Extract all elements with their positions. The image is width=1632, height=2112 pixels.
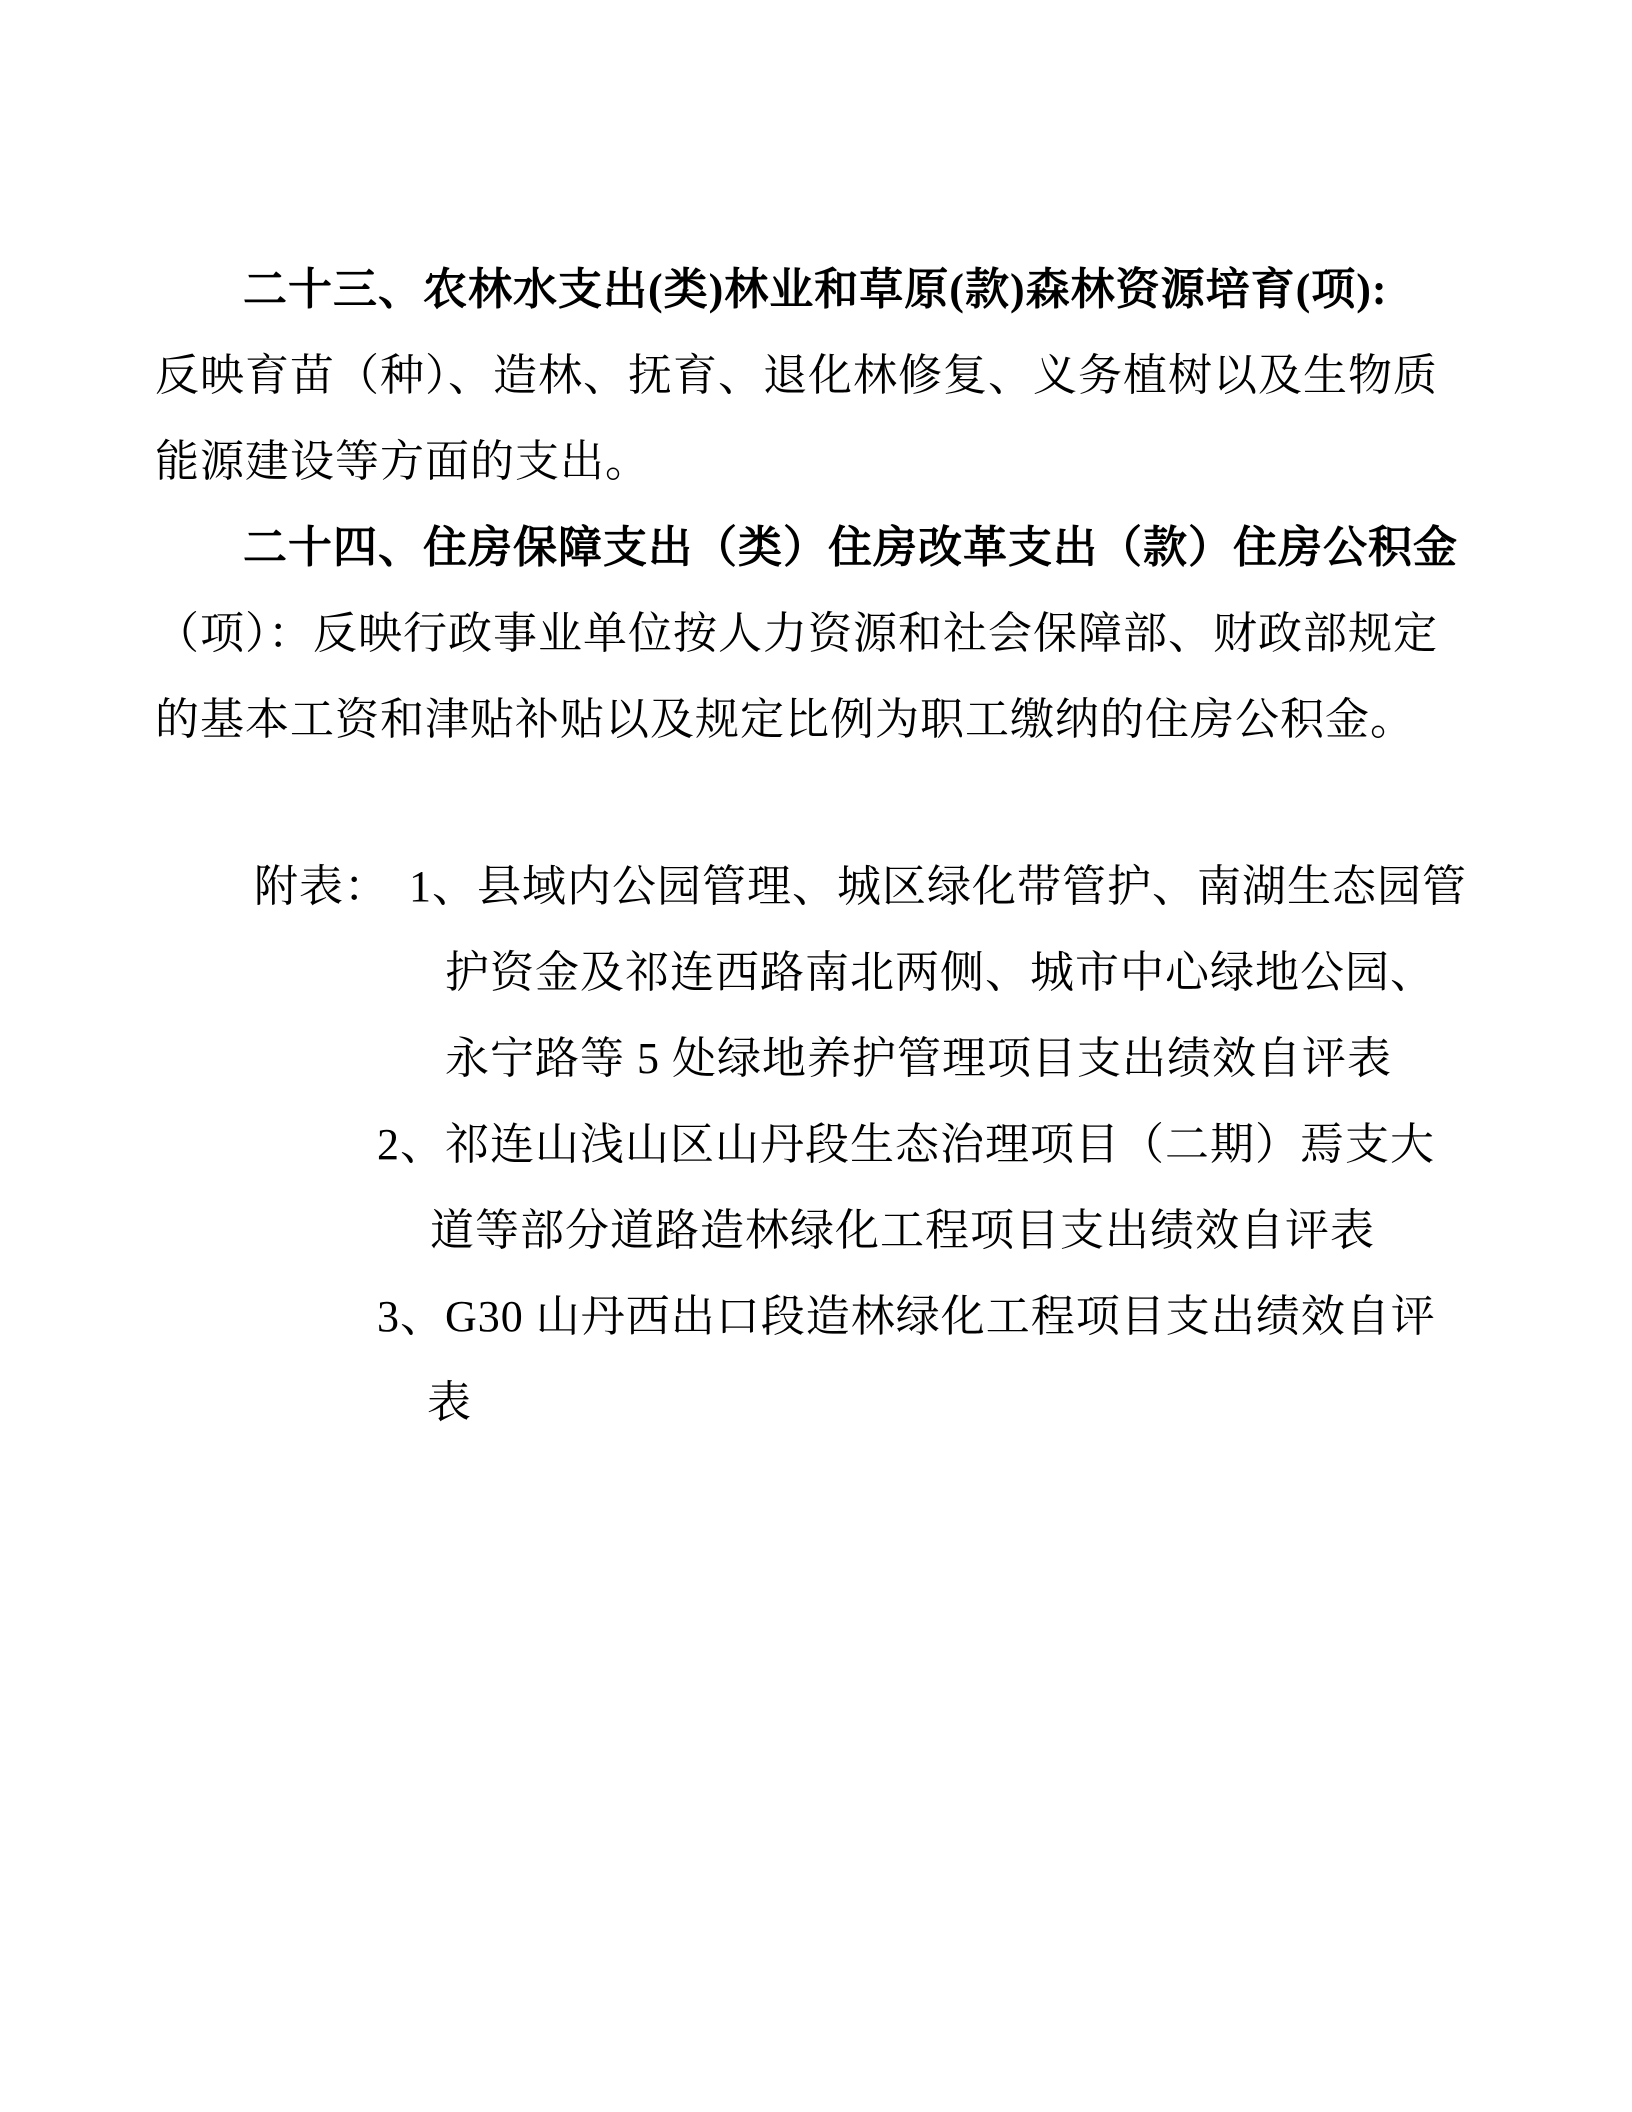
attachment-item-1-line-2: 护资金及祁连西路南北两侧、城市中心绿地公园、 — [155, 930, 1487, 1016]
section-23-body-line-1: 反映育苗（种）、造林、抚育、退化林修复、义务植树以及生物质 — [155, 333, 1487, 419]
section-23-heading: 二十三、农林水支出(类)林业和草原(款)森林资源培育(项): — [155, 247, 1487, 333]
attachment-item-3-line-1: 3、G30 山丹西出口段造林绿化工程项目支出绩效自评 — [155, 1274, 1487, 1360]
section-24: 二十四、住房保障支出（类）住房改革支出（款）住房公积金 （项）：反映行政事业单位… — [155, 505, 1487, 763]
attachment-row-1: 附表：1、县域内公园管理、城区绿化带管护、南湖生态园管 — [155, 844, 1487, 930]
section-23: 二十三、农林水支出(类)林业和草原(款)森林资源培育(项): 反映育苗（种）、造… — [155, 247, 1487, 505]
section-24-body-line-2: 的基本工资和津贴补贴以及规定比例为职工缴纳的住房公积金。 — [155, 677, 1487, 763]
attachment-item-2-line-2: 道等部分道路造林绿化工程项目支出绩效自评表 — [155, 1188, 1487, 1274]
attachment-item-3-line-2: 表 — [155, 1360, 1487, 1446]
document-body: 二十三、农林水支出(类)林业和草原(款)森林资源培育(项): 反映育苗（种）、造… — [155, 247, 1487, 1446]
attachment-list: 附表：1、县域内公园管理、城区绿化带管护、南湖生态园管 护资金及祁连西路南北两侧… — [155, 844, 1487, 1446]
section-24-body-line-1: （项）：反映行政事业单位按人力资源和社会保障部、财政部规定 — [155, 591, 1487, 677]
section-24-heading: 二十四、住房保障支出（类）住房改革支出（款）住房公积金 — [155, 505, 1487, 591]
section-23-body-line-2: 能源建设等方面的支出。 — [155, 419, 1487, 505]
attachment-item-1-line-3: 永宁路等 5 处绿地养护管理项目支出绩效自评表 — [155, 1016, 1487, 1102]
attachment-label: 附表： — [254, 862, 389, 911]
attachment-item-2-line-1: 2、祁连山浅山区山丹段生态治理项目（二期）焉支大 — [155, 1102, 1487, 1188]
attachment-item-1-line-1: 1、县域内公园管理、城区绿化带管护、南湖生态园管 — [409, 862, 1467, 911]
document-page: 二十三、农林水支出(类)林业和草原(款)森林资源培育(项): 反映育苗（种）、造… — [0, 0, 1632, 2112]
